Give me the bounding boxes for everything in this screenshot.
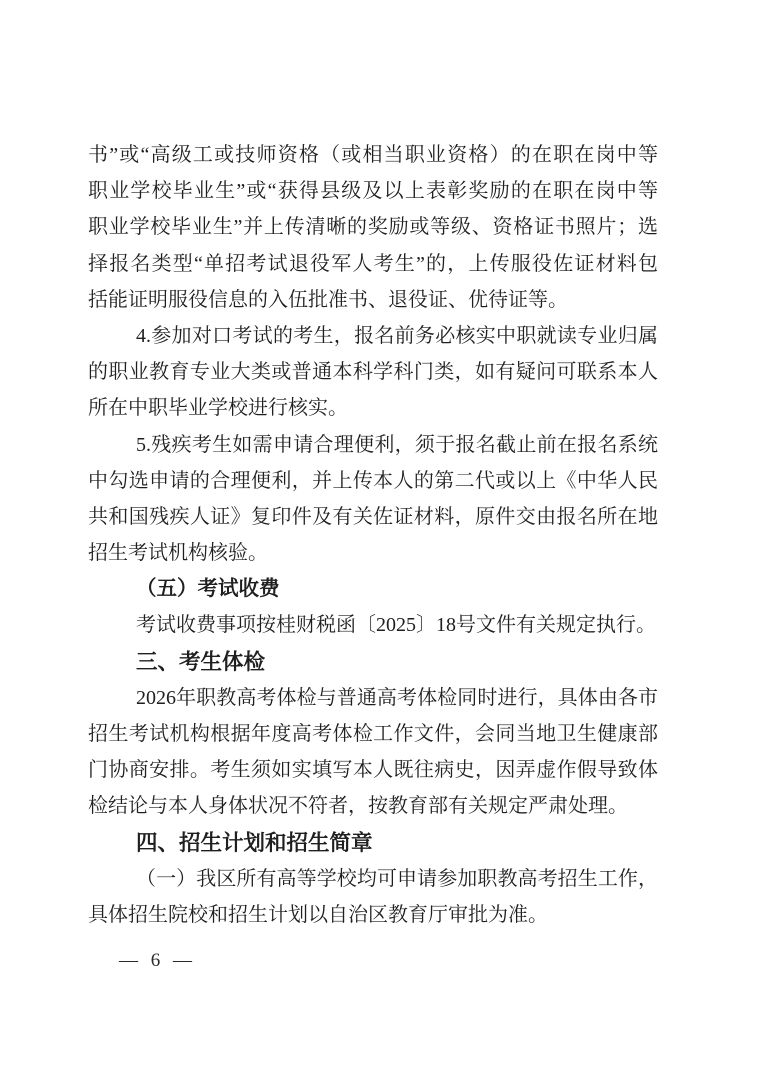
text-line: 4.参加对口考试的考生，报名前务必核实中职就读专业归属 xyxy=(88,318,658,354)
page-number: — 6 — xyxy=(119,948,196,974)
text-line: 中勾选申请的合理便利，并上传本人的第二代或以上《中华人民 xyxy=(88,463,658,499)
text-line: 2026年职教高考体检与普通高考体检同时进行，具体由各市 xyxy=(88,680,658,716)
text-line: 招生考试机构根据年度高考体检工作文件，会同当地卫生健康部 xyxy=(88,716,658,752)
text-line: 职业学校毕业生”或“获得县级及以上表彰奖励的在职在岗中等 xyxy=(88,173,658,209)
text-line: 职业学校毕业生”并上传清晰的奖励或等级、资格证书照片；选 xyxy=(88,209,658,245)
text-line: 择报名类型“单招考试退役军人考生”的，上传服役佐证材料包 xyxy=(88,246,658,282)
text-line: 共和国残疾人证》复印件及有关佐证材料，原件交由报名所在地 xyxy=(88,499,658,535)
text-line: 5.残疾考生如需申请合理便利，须于报名截止前在报名系统 xyxy=(88,427,658,463)
text-line: 具体招生院校和招生计划以自治区教育厅审批为准。 xyxy=(88,897,658,933)
document-page: 书”或“高级工或技师资格（或相当职业资格）的在职在岗中等职业学校毕业生”或“获得… xyxy=(0,0,764,1080)
text-line: 考试收费事项按桂财税函〔2025〕18号文件有关规定执行。 xyxy=(88,607,658,643)
text-line: （一）我区所有高等学校均可申请参加职教高考招生工作， xyxy=(88,861,658,897)
section-heading: 四、招生计划和招生简章 xyxy=(88,825,658,861)
text-line: 检结论与本人身体状况不符者，按教育部有关规定严肃处理。 xyxy=(88,788,658,824)
text-line: 门协商安排。考生须如实填写本人既往病史，因弄虚作假导致体 xyxy=(88,752,658,788)
text-line: 招生考试机构核验。 xyxy=(88,535,658,571)
section-heading: 三、考生体检 xyxy=(88,644,658,680)
text-line: 所在中职毕业学校进行核实。 xyxy=(88,390,658,426)
text-line: 的职业教育专业大类或普通本科学科门类，如有疑问可联系本人 xyxy=(88,354,658,390)
document-content: 书”或“高级工或技师资格（或相当职业资格）的在职在岗中等职业学校毕业生”或“获得… xyxy=(88,137,658,933)
text-line: 括能证明服役信息的入伍批准书、退役证、优待证等。 xyxy=(88,282,658,318)
text-line: 书”或“高级工或技师资格（或相当职业资格）的在职在岗中等 xyxy=(88,137,658,173)
section-heading: （五）考试收费 xyxy=(88,571,658,607)
